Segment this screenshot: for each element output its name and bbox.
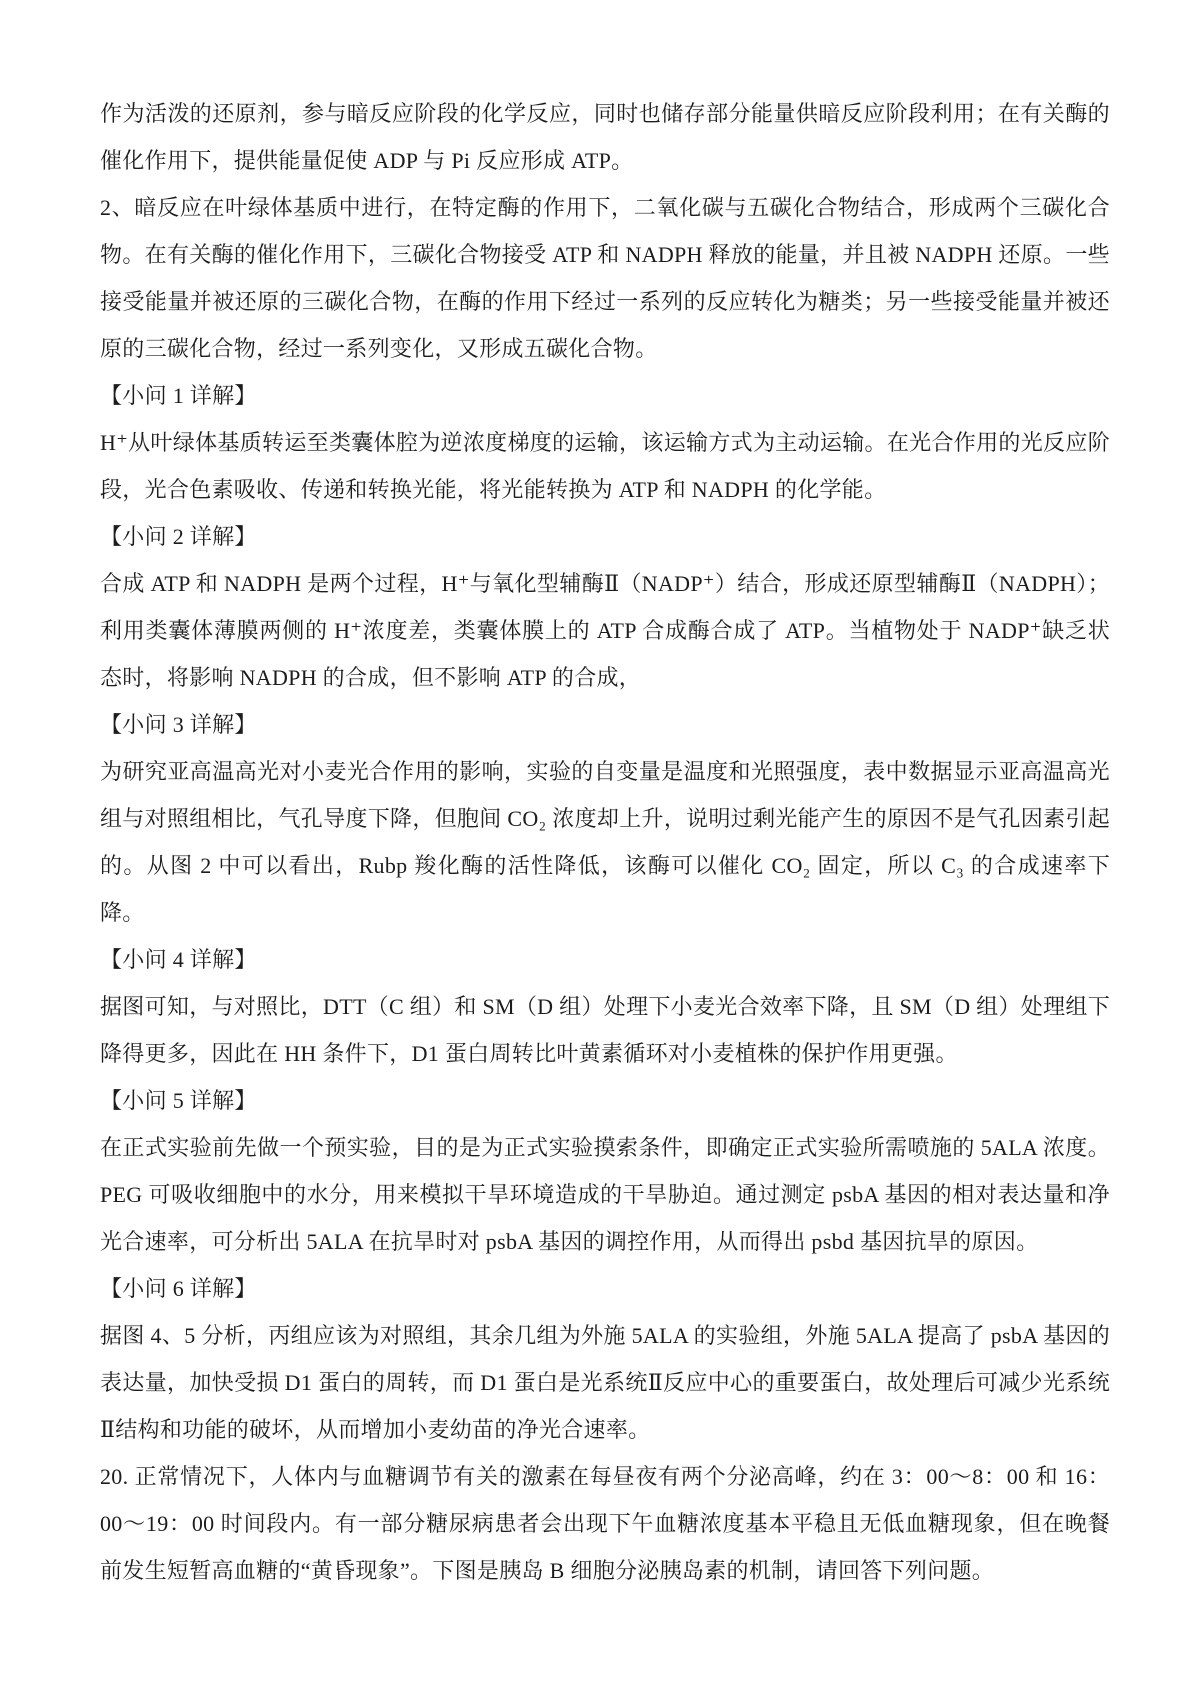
answer-point-1-continuation-paragraph: 作为活泼的还原剂，参与暗反应阶段的化学反应，同时也储存部分能量供暗反应阶段利用；… (100, 90, 1110, 184)
subquestion-3-heading: 【小问 3 详解】 (100, 701, 1110, 748)
subquestion-1-heading: 【小问 1 详解】 (100, 372, 1110, 419)
subquestion-5-heading: 【小问 5 详解】 (100, 1077, 1110, 1124)
answer-point-2-paragraph: 2、暗反应在叶绿体基质中进行，在特定酶的作用下，二氧化碳与五碳化合物结合，形成两… (100, 184, 1110, 372)
subquestion-6-explanation: 据图 4、5 分析，丙组应该为对照组，其余几组为外施 5ALA 的实验组，外施 … (100, 1312, 1110, 1453)
document-page: 作为活泼的还原剂，参与暗反应阶段的化学反应，同时也储存部分能量供暗反应阶段利用；… (0, 0, 1200, 1698)
subquestion-4-heading: 【小问 4 详解】 (100, 936, 1110, 983)
subquestion-2-heading: 【小问 2 详解】 (100, 513, 1110, 560)
subquestion-6-heading: 【小问 6 详解】 (100, 1265, 1110, 1312)
subquestion-5-explanation: 在正式实验前先做一个预实验，目的是为正式实验摸索条件，即确定正式实验所需喷施的 … (100, 1124, 1110, 1265)
subquestion-4-explanation: 据图可知，与对照比，DTT（C 组）和 SM（D 组）处理下小麦光合效率下降，且… (100, 983, 1110, 1077)
subquestion-3-explanation: 为研究亚高温高光对小麦光合作用的影响，实验的自变量是温度和光照强度，表中数据显示… (100, 748, 1110, 936)
subquestion-2-explanation: 合成 ATP 和 NADPH 是两个过程，H⁺与氧化型辅酶Ⅱ（NADP⁺）结合，… (100, 560, 1110, 701)
question-20-stem: 20. 正常情况下，人体内与血糖调节有关的激素在每昼夜有两个分泌高峰，约在 3：… (100, 1453, 1110, 1594)
subquestion-1-explanation: H⁺从叶绿体基质转运至类囊体腔为逆浓度梯度的运输，该运输方式为主动运输。在光合作… (100, 419, 1110, 513)
